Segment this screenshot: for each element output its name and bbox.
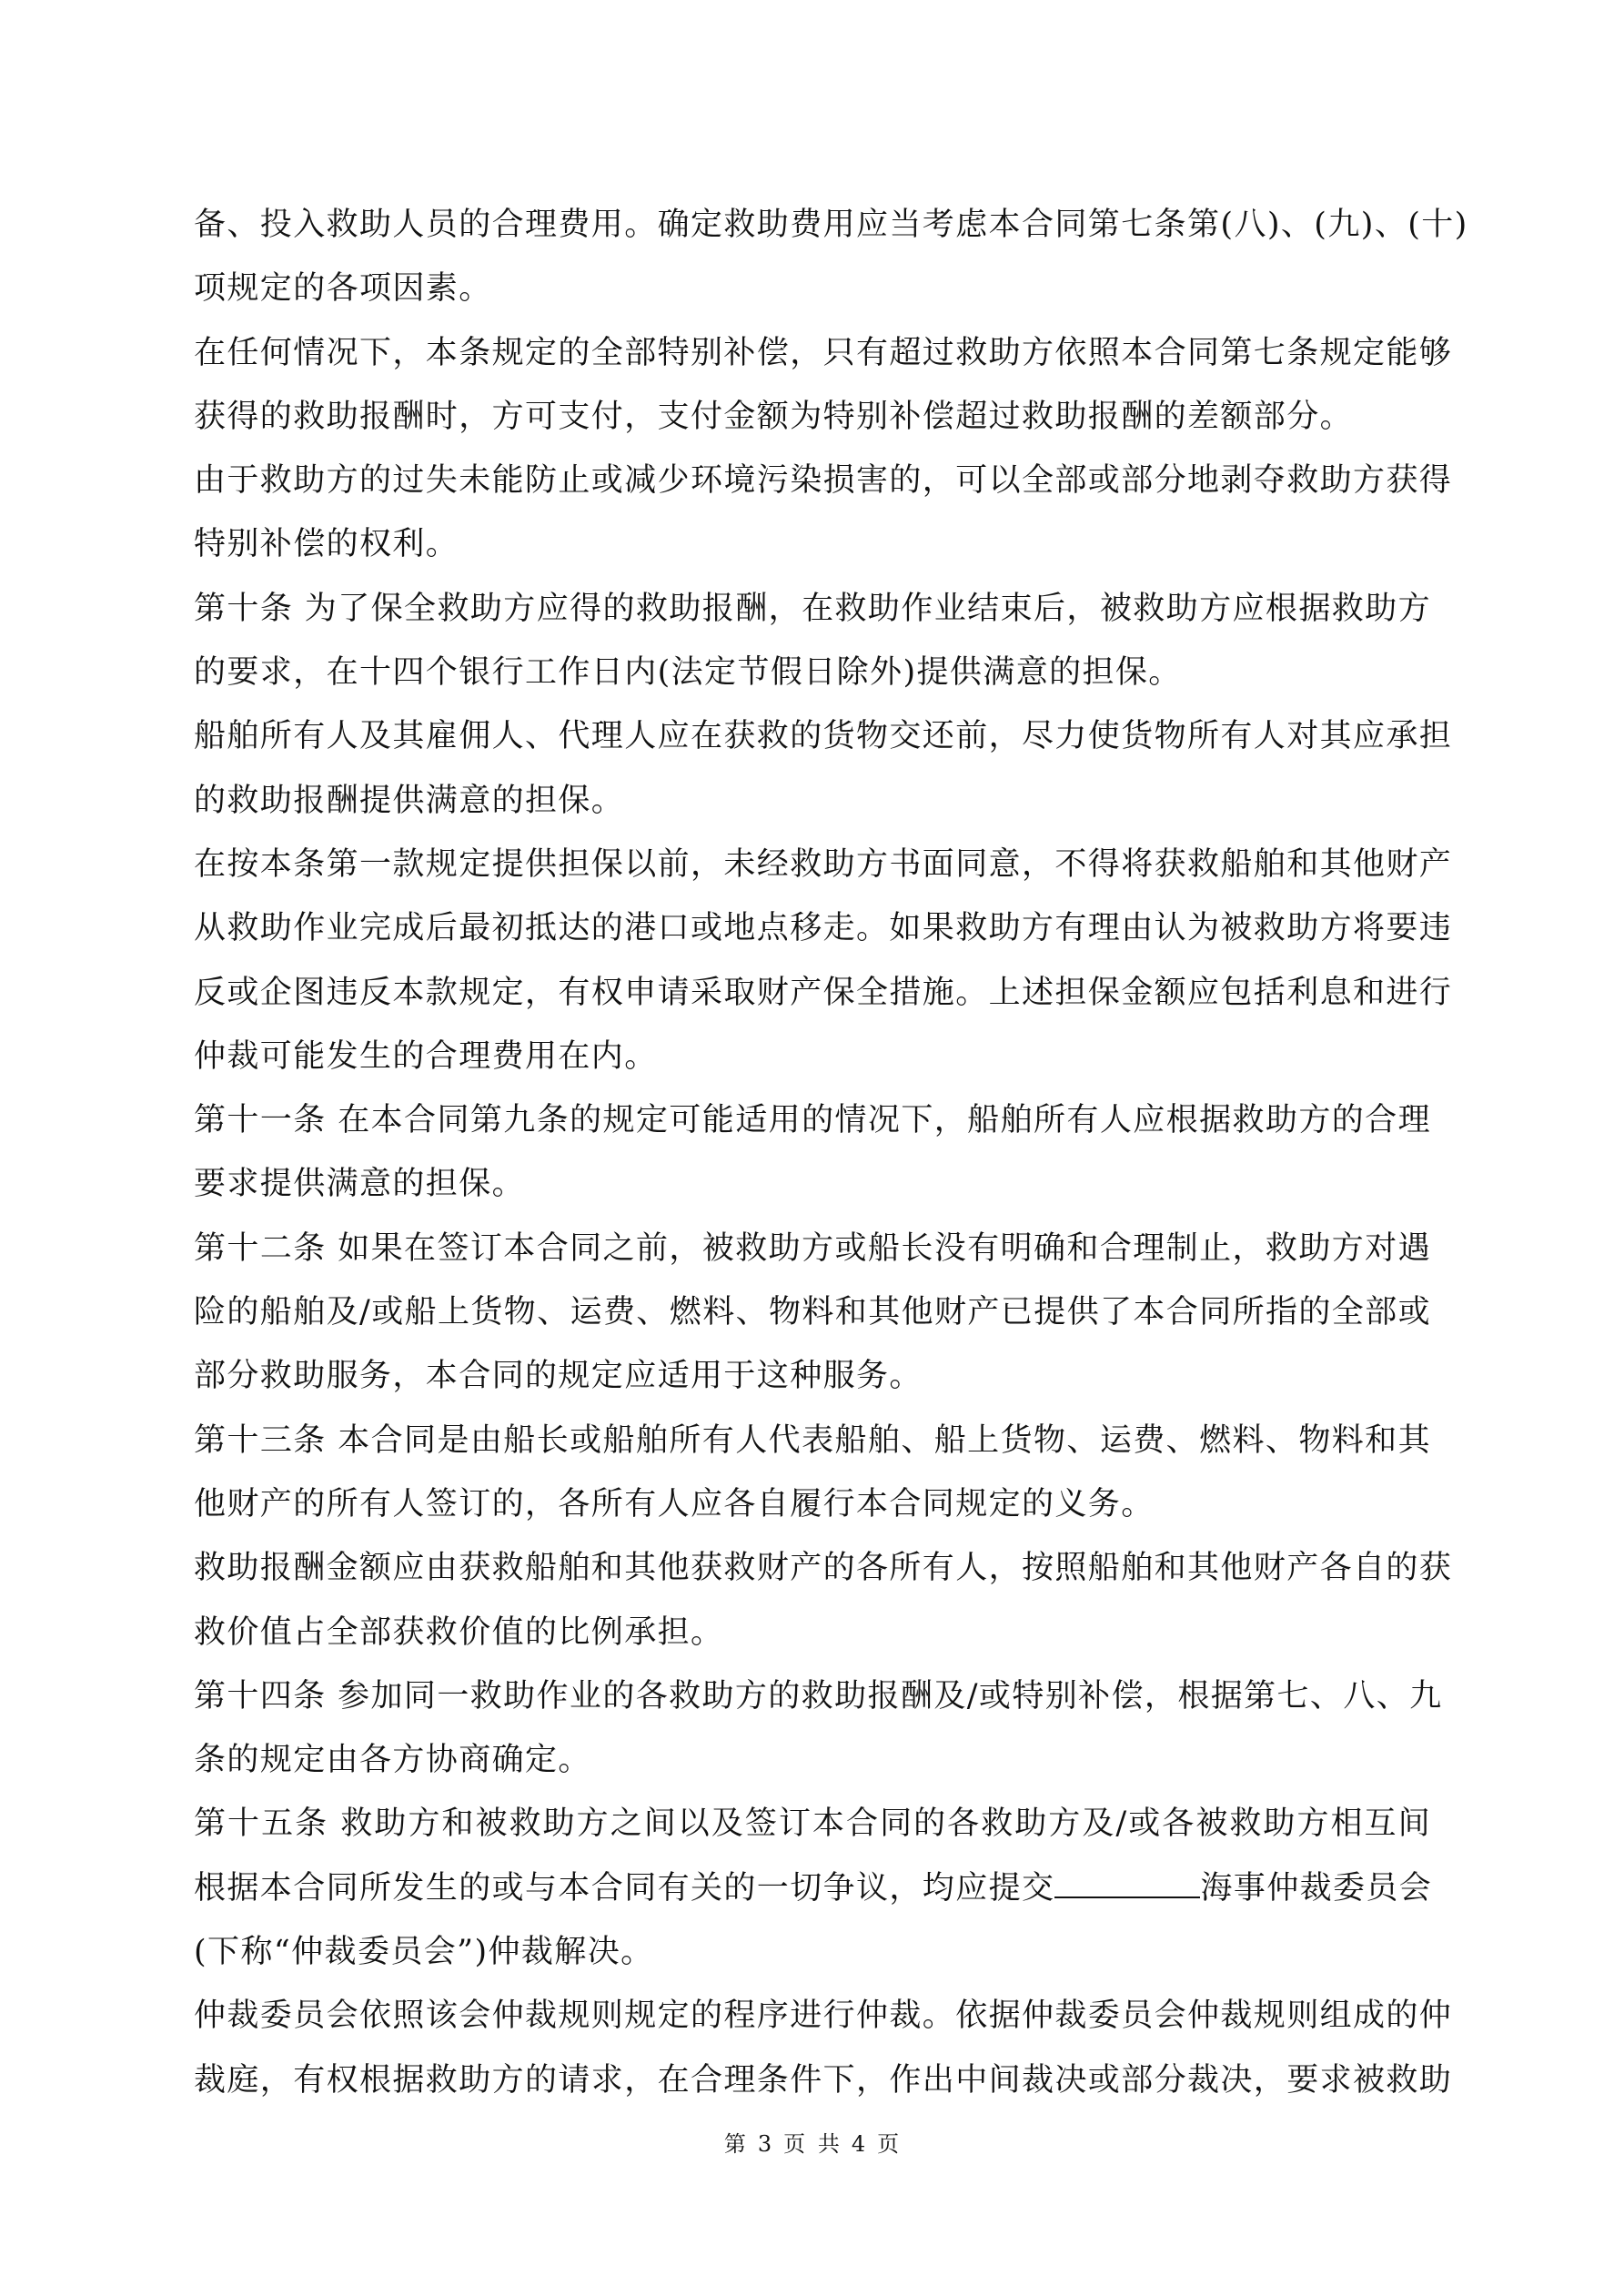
page-word: 页 [783, 2131, 806, 2157]
text-line: 仲裁可能发生的合理费用在内。 [194, 1034, 1431, 1097]
text-segment: 根据本合同所发生的或与本合同有关的一切争议，均应提交 [194, 1870, 1054, 1907]
article-13-line: 第十三条 本合同是由船长或船舶所有人代表船舶、船上货物、运费、燃料、物料和其 [194, 1418, 1431, 1482]
article-11-line: 第十一条 在本合同第九条的规定可能适用的情况下，船舶所有人应根据救助方的合理 [194, 1097, 1431, 1161]
text-line: 在任何情况下，本条规定的全部特别补偿，只有超过救助方依照本合同第七条规定能够 [194, 330, 1431, 394]
text-line: 的要求，在十四个银行工作日内(法定节假日除外)提供满意的担保。 [194, 650, 1431, 713]
document-body: 备、投入救助人员的合理费用。确定救助费用应当考虑本合同第七条第(八)、(九)、(… [194, 202, 1431, 2121]
text-line: 获得的救助报酬时，方可支付，支付金额为特别补偿超过救助报酬的差额部分。 [194, 394, 1431, 458]
page-number-prefix: 第 [724, 2131, 747, 2157]
text-line: 特别补偿的权利。 [194, 521, 1431, 585]
fill-in-blank[interactable] [1054, 1866, 1200, 1898]
text-line: 从救助作业完成后最初抵达的港口或地点移走。如果救助方有理由认为被救助方将要违 [194, 905, 1431, 969]
article-10-line: 第十条 为了保全救助方应得的救助报酬，在救助作业结束后，被救助方应根据救助方 [194, 586, 1431, 650]
article-12-line: 第十二条 如果在签订本合同之前，被救助方或船长没有明确和合理制止，救助方对遇 [194, 1226, 1431, 1290]
total-prefix: 共 [818, 2131, 841, 2157]
text-line: 裁庭，有权根据救助方的请求，在合理条件下，作出中间裁决或部分裁决，要求被救助 [194, 2058, 1431, 2121]
text-line: 船舶所有人及其雇佣人、代理人应在获救的货物交还前，尽力使货物所有人对其应承担 [194, 713, 1431, 777]
article-14-line: 第十四条 参加同一救助作业的各救助方的救助报酬及/或特别补偿，根据第七、八、九 [194, 1674, 1431, 1737]
text-line: 要求提供满意的担保。 [194, 1161, 1431, 1225]
text-line: 救助报酬金额应由获救船舶和其他获救财产的各所有人，按照船舶和其他财产各自的获 [194, 1545, 1431, 1609]
text-line: 在按本条第一款规定提供担保以前，未经救助方书面同意，不得将获救船舶和其他财产 [194, 842, 1431, 905]
text-line: 由于救助方的过失未能防止或减少环境污染损害的，可以全部或部分地剥夺救助方获得 [194, 458, 1431, 521]
text-segment: 海事仲裁委员会 [1200, 1870, 1432, 1907]
total-pages-number: 4 [852, 2131, 866, 2157]
text-line: 部分救助服务，本合同的规定应适用于这种服务。 [194, 1353, 1431, 1417]
total-suffix: 页 [877, 2131, 900, 2157]
text-line: 险的船舶及/或船上货物、运费、燃料、物料和其他财产已提供了本合同所指的全部或 [194, 1290, 1431, 1353]
text-line-with-blank: 根据本合同所发生的或与本合同有关的一切争议，均应提交海事仲裁委员会 [194, 1866, 1431, 1929]
text-line: 救价值占全部获救价值的比例承担。 [194, 1610, 1431, 1674]
text-line: 他财产的所有人签订的，各所有人应各自履行本合同规定的义务。 [194, 1482, 1431, 1545]
article-15-line: 第十五条 救助方和被救助方之间以及签订本合同的各救助方及/或各被救助方相互间 [194, 1801, 1431, 1865]
text-line: 项规定的各项因素。 [194, 266, 1431, 329]
text-line: 反或企图违反本款规定，有权申请采取财产保全措施。上述担保金额应包括利息和进行 [194, 970, 1431, 1034]
text-line: (下称“仲裁委员会”)仲裁解决。 [194, 1929, 1431, 1993]
text-line: 的救助报酬提供满意的担保。 [194, 778, 1431, 842]
document-page: 备、投入救助人员的合理费用。确定救助费用应当考虑本合同第七条第(八)、(九)、(… [0, 0, 1624, 2296]
text-line: 仲裁委员会依照该会仲裁规则规定的程序进行仲裁。依据仲裁委员会仲裁规则组成的仲 [194, 1993, 1431, 2057]
current-page-number: 3 [758, 2131, 772, 2157]
page-footer: 第3页 共4页 [0, 2126, 1624, 2162]
text-line: 备、投入救助人员的合理费用。确定救助费用应当考虑本合同第七条第(八)、(九)、(… [194, 202, 1431, 266]
text-line: 条的规定由各方协商确定。 [194, 1737, 1431, 1801]
